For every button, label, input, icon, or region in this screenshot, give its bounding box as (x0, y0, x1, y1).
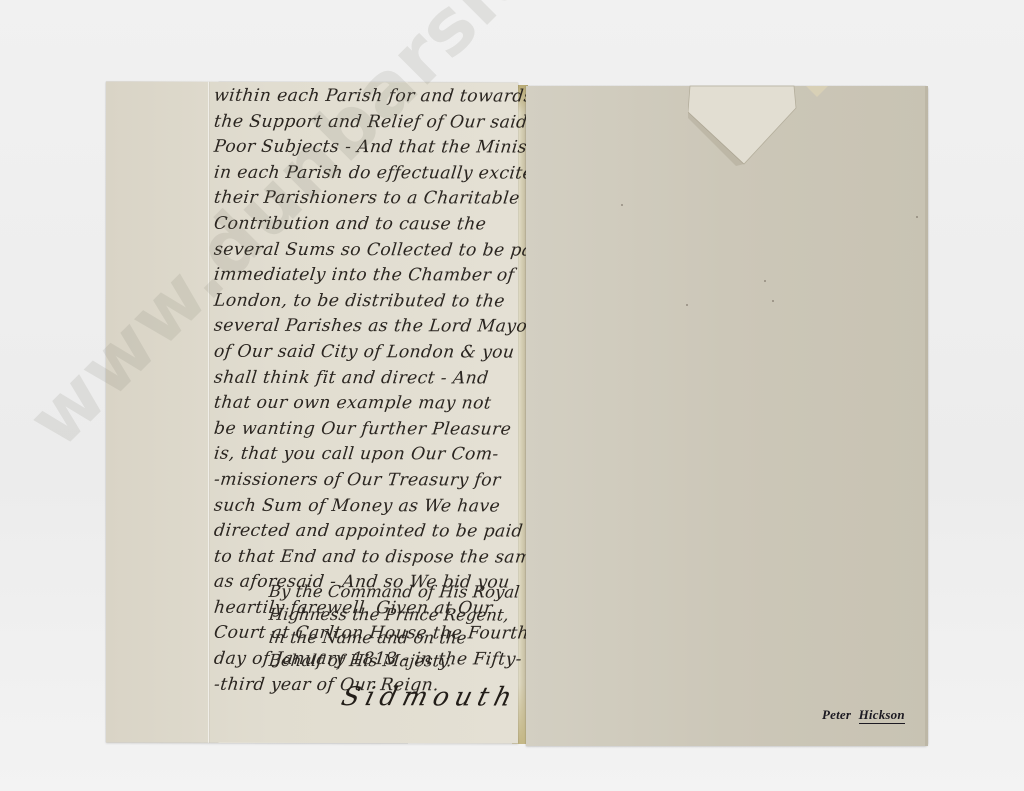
paper-speck (686, 304, 688, 306)
owner-name-stamp: Peter Hickson (822, 707, 905, 723)
right-page: Peter Hickson (526, 86, 928, 746)
signature: Sidmouth (338, 682, 521, 712)
body-line: the Support and Relief of Our said (213, 109, 516, 135)
body-line: to that End and to dispose the same (213, 544, 516, 570)
body-line: within each Parish for and towards (213, 84, 516, 110)
body-line: Contribution and to cause the (213, 212, 516, 238)
body-line: be wanting Our further Pleasure (213, 416, 516, 442)
paper-speck (916, 216, 918, 218)
paper-speck (772, 300, 774, 302)
folded-paper-flap-icon (688, 82, 798, 166)
closing-line: in the Name and on the (268, 626, 521, 650)
corner-notch-icon (806, 86, 828, 98)
vertical-fold-crease (208, 82, 209, 743)
owner-surname: Hickson (859, 707, 905, 724)
body-line: of Our said City of London & you (213, 340, 516, 366)
body-line: that our own example may not (213, 391, 516, 417)
owner-first-name: Peter (822, 707, 851, 722)
body-line: London, to be distributed to the (213, 288, 516, 314)
closing-line: By the Command of His Royal (268, 580, 521, 604)
body-line: several Parishes as the Lord Mayor (213, 314, 516, 340)
left-page: within each Parish for and towards the S… (106, 81, 518, 743)
body-line: is, that you call upon Our Com- (213, 442, 516, 468)
page-edge (925, 86, 928, 746)
paper-speck (764, 280, 766, 282)
photo-scene: within each Parish for and towards the S… (0, 0, 1024, 791)
closing-line: Behalf of His Majesty. (268, 649, 521, 673)
body-line: in each Parish do effectually excite (213, 161, 516, 187)
body-line: directed and appointed to be paid (213, 519, 516, 545)
body-line: such Sum of Money as We have (213, 493, 516, 519)
closing-line: Highness the Prince Regent, (268, 603, 521, 627)
body-line: their Parishioners to a Charitable (213, 186, 516, 212)
body-line: shall think fit and direct - And (213, 365, 516, 391)
body-line: immediately into the Chamber of (213, 263, 516, 289)
closing-attestation: By the Command of His Royal Highness the… (269, 580, 520, 673)
body-line: several Sums so Collected to be paid (213, 237, 516, 263)
body-line: -missioners of Our Treasury for (213, 468, 516, 494)
body-line: Poor Subjects - And that the Ministers (213, 135, 516, 161)
paper-speck (621, 204, 623, 206)
